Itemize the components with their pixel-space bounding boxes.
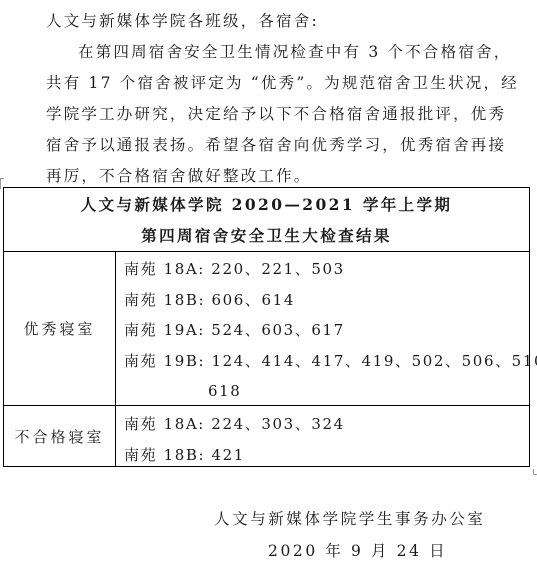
notice-body-line-2: 共有 17 个宿舍被评定为 “优秀”。为规范宿舍卫生状况，经 [46,68,486,99]
list-item: 南苑 18B: 606、614 [124,285,529,316]
table-title-line-1: 人文与新媒体学院 2020—2021 学年上学期 [4,194,529,216]
list-item: 南苑 18A: 220、221、503 [124,254,529,285]
signature-date: 2020 年 9 月 24 日 [268,539,447,561]
inspection-results-table: 人文与新媒体学院 2020—2021 学年上学期 第四周宿舍安全卫生大检查结果 … [3,187,530,467]
list-item: 南苑 19A: 524、603、617 [124,315,529,346]
list-item: 南苑 18A: 224、303、324 [124,409,529,440]
list-item: 南苑 19B: 124、414、417、419、502、506、510、512、… [124,346,529,407]
failed-label: 不合格寝室 [4,406,116,466]
list-item: 南苑 18B: 421 [124,440,529,471]
notice-body-line-3: 学院学工办研究，决定给予以下不合格宿舍通报批评，优秀 [46,99,486,130]
table-row-failed: 不合格寝室 南苑 18A: 224、303、324 南苑 18B: 421 [4,406,529,466]
notice-greeting: 人文与新媒体学院各班级，各宿舍: [46,6,486,37]
excellent-label: 优秀寝室 [4,252,116,405]
table-title: 人文与新媒体学院 2020—2021 学年上学期 第四周宿舍安全卫生大检查结果 [4,188,529,252]
signature-office: 人文与新媒体学院学生事务办公室 [214,507,486,529]
table-title-line-2: 第四周宿舍安全卫生大检查结果 [4,225,529,247]
list-item-continuation: 618 [124,376,529,407]
notice-body-line-4: 宿舍予以通报表扬。希望各宿舍向优秀学习，优秀宿舍再接 [46,130,486,161]
table-end-mark [533,469,537,475]
excellent-list: 南苑 18A: 220、221、503 南苑 18B: 606、614 南苑 1… [124,254,529,407]
failed-list: 南苑 18A: 224、303、324 南苑 18B: 421 [124,409,529,469]
table-row-excellent: 优秀寝室 南苑 18A: 220、221、503 南苑 18B: 606、614… [4,252,529,406]
notice-body-line-1: 在第四周宿舍安全卫生情况检查中有 3 个不合格宿舍， [78,37,518,68]
list-item-text: 南苑 19B: 124、414、417、419、502、506、510、512、 [124,352,537,370]
